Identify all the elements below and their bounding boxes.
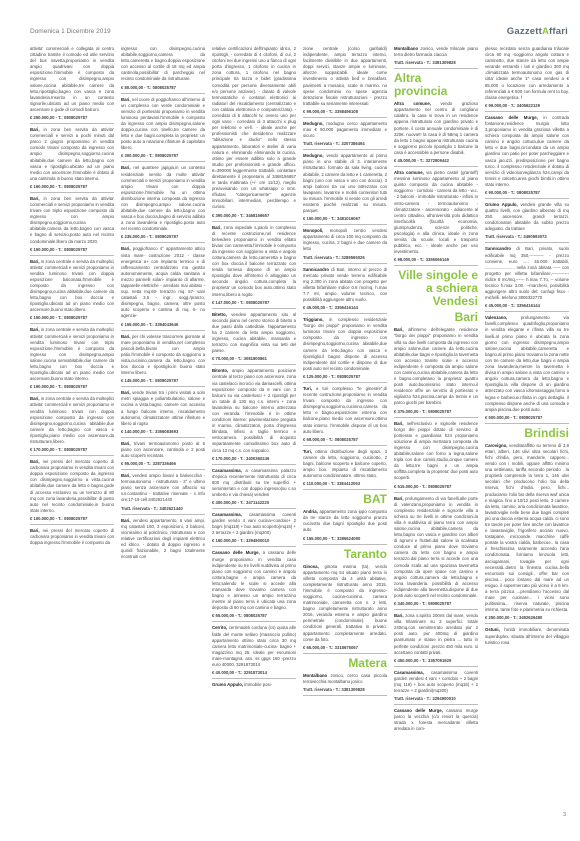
ad-price-phone: € 160.000,00 - T.: 3294900010: [212, 538, 296, 547]
classified-ad: Turi, ottima distribuzione degli spazi. …: [303, 449, 387, 481]
ad-text: in zona centrale e servita da molteplici…: [30, 259, 114, 313]
ad-price-phone: Tratt. riservata - T.: 3289565026: [303, 255, 387, 264]
ad-location: Bari,: [30, 259, 40, 264]
classified-ad: Bitonto, ampio appartamento posizione ce…: [212, 368, 296, 455]
ad-price-phone: € 98.000,00 - T.: 3355066149: [394, 257, 478, 266]
ad-price-phone: Tratt. riservata - T.: 3490593073: [485, 234, 569, 243]
classified-ad: Cerrito, cerrimadeti cordona (cs) quota …: [212, 625, 296, 670]
ad-price-phone: € 45.000,00 - T.: 3356416144: [303, 305, 387, 314]
ad-location: Bari,: [212, 225, 222, 230]
ad-price-phone: € 340.000,00 - T.: 0808025787: [394, 601, 478, 610]
ad-text: all'interno dell'elegante residence "bor…: [394, 327, 478, 405]
classified-ad: Montalbano Jonico, vende trilocale piano…: [394, 46, 478, 60]
ad-text: nei pressi del mercato coperto di carbon…: [30, 528, 114, 545]
classified-ad: Cassano delle Murge, in contrada fontano…: [485, 115, 569, 190]
classified-ad: Bari, nei pressi del mercato coperto di …: [30, 528, 114, 548]
ad-location: Cassano delle Murge,: [394, 708, 443, 713]
classified-ad: Casamassima, a casamassima palazzo d'epo…: [212, 468, 296, 500]
ad-text: in zona ben servita da attivita' commerc…: [30, 127, 114, 181]
ad-price-phone: € 140.000,00 - T.: 3356083693: [121, 429, 205, 438]
ad-price-phone: € 150.000,00 - T.: 3481016067: [303, 216, 387, 225]
page-header: Domenica 1 Dicembre 2019 GazzettAffari: [30, 28, 568, 42]
ad-text: vendesi appartamento sito al secondo pia…: [212, 312, 296, 354]
ad-location: Grumo Appulo,: [212, 682, 243, 687]
section-heading: Taranto: [303, 548, 387, 561]
ad-location: Carovigno,: [485, 443, 507, 448]
ad-price-phone: € 170.000,00 - T.: 0808025787: [30, 447, 114, 456]
ad-text: via pietro castel (granteff) messina lum…: [394, 170, 478, 254]
ad-price-phone: Tratt. riservata - T.: 3207386494: [303, 141, 387, 150]
ad-location: Altra comune,: [394, 170, 424, 175]
classified-ad: Bari, in zona ben servita da attivita' c…: [30, 196, 114, 247]
ad-price-phone: Tratt. riservata - T.: 3402621440: [121, 506, 205, 515]
classified-ad: Bari, in zona centrale e servita da molt…: [30, 396, 114, 447]
ad-text: vendesi appartamento, 6 vani ampi, mq ca…: [121, 518, 205, 560]
section-heading: BAT: [303, 493, 387, 506]
ad-price-phone: Tratt. riservata - T.: 3294900010: [394, 696, 478, 705]
ad-price-phone: € 150.000,00 - T.: 0808025787: [30, 247, 114, 256]
classified-ad: Modugno, modugno cerco appartamento max …: [303, 121, 387, 141]
ad-text: a turi complesso "le ginestre",di recent…: [303, 386, 387, 434]
ad-location: Grumo Appulo,: [485, 202, 518, 207]
ad-location: Cassano delle Murge,: [485, 115, 538, 120]
ad-price-phone: € 235.000,00 - T.: 0808025787: [121, 234, 205, 243]
ad-location: Valenzano,: [485, 315, 507, 320]
ad-text: prolungamento di via fanelli,alle porte …: [394, 496, 478, 599]
ad-price-phone: € 190.000,00 - T.: 0808025787: [30, 384, 114, 393]
issue-date: Domenica 1 Dicembre 2019: [30, 28, 111, 35]
ad-text: in contrada fontanone,residence murgia l…: [485, 115, 569, 187]
ad-text: vende trivani tra i primi visitati a sol…: [121, 390, 205, 425]
column-6: plesso recintato senza guardiania triloc…: [485, 46, 569, 826]
ad-location: Triggiano,: [303, 317, 324, 322]
classified-ad: Andria, appartamento zona ippo composto …: [303, 509, 387, 535]
ad-text: vendesi ampio bivani a barivecchia - ter…: [121, 473, 205, 502]
ad-price-phone: € 99.000,00 - T.: 3358496108: [303, 109, 387, 118]
classified-ad: Valenzano, prolungamento via fanelli,com…: [485, 315, 569, 415]
classified-ad: Bari, nell'esclusivo e signorile residen…: [394, 421, 478, 484]
ad-location: Montalbano: [394, 46, 418, 51]
ad-location: Bari,: [30, 327, 40, 332]
ad-price-phone: € 150.000,00 - T.: 0808025787: [30, 315, 114, 324]
classified-ad: Ostuni, l'unità immobiliare, denominata …: [485, 627, 569, 647]
ad-price-phone: € 390.000,00 - T.: 3468156657: [212, 213, 296, 222]
ad-text: in complesso residenziale "borgo dei pio…: [303, 317, 387, 371]
ad-price-phone: € 45.000,00 - T.: 3272809442: [394, 158, 478, 167]
ad-text: di Bari, intorno al prezzo di mercato pr…: [303, 267, 387, 302]
ad-location: Bari,: [121, 473, 131, 478]
ad-text: relative certificazioni dell'impianto id…: [212, 46, 296, 209]
classified-ad: Bari, trivani termoautonomo posto al 6 p…: [121, 441, 205, 461]
classified-ad: zione centrale (corso garibaldi) indipen…: [303, 46, 387, 109]
ad-location: Bari,: [394, 421, 404, 426]
ad-price-phone: Tratt. riservata - T.: 3381309828: [394, 60, 478, 69]
column-4: zione centrale (corso garibaldi) indipen…: [303, 46, 387, 826]
section-heading: Bari: [394, 311, 478, 324]
ad-price-phone: € 155.000,00 - T.: 3286624090: [303, 536, 387, 545]
classified-ad: Altra comune, via pietro castel (grantef…: [394, 170, 478, 257]
ad-price-phone: € 250.000,00 - T.: 0808025787: [30, 115, 114, 124]
ad-text: per chi volesse trascorrere giornate al …: [121, 334, 205, 376]
ad-location: Cassano delle Murge,: [212, 550, 260, 555]
classified-ad: ingresso con disimpegno,cucina abitabile…: [121, 46, 205, 85]
ad-price-phone: € 450.000,00 - T.: 3357091929: [394, 658, 478, 667]
ad-text: plesso recintato senza guardiania triloc…: [485, 46, 569, 100]
ad-location: Bari,: [394, 613, 404, 618]
classified-ad: Triggiano, in complesso residenziale "bo…: [303, 317, 387, 374]
classified-ad: Casamassima, casamassima coventi garden …: [212, 512, 296, 538]
ad-location: Bari,: [121, 165, 131, 170]
classified-ad: Sannicandro di Bari, privato, suolo edif…: [485, 246, 569, 303]
ad-location: Casamassima,: [212, 468, 242, 473]
ad-price-phone: € 65.000,00 - T.: 3318675067: [303, 645, 387, 654]
ad-price-phone: € 95.000,00 - T.: 3287336466: [121, 461, 205, 470]
classified-ad: Bari, nel quartiere japigia,in un contes…: [121, 165, 205, 234]
ad-text: ingresso con disimpegno,cucina abitabile…: [121, 46, 205, 81]
ad-location: Sannicandro: [303, 267, 329, 272]
ad-text: poggiofranco 4° appartamento attico vist…: [121, 246, 205, 318]
classified-ad: Grumo Appulo, vendesi grande villa su qu…: [485, 202, 569, 234]
classified-ad: Ginosa, ginosa marina (ta), vendo appart…: [303, 564, 387, 645]
classified-ad: Bari, nei pressi del mercato coperto di …: [30, 459, 114, 516]
ad-location: Bari,: [394, 496, 404, 501]
ad-price-phone: € 250.000,00 - T.: 3492626480: [485, 615, 569, 624]
classified-ad: Bari, zona ospedale s.paolo in complesso…: [212, 225, 296, 300]
ad-price-phone: € 125.000,00 - T.: 0808025787: [303, 374, 387, 383]
ad-text: a cassano delle murge proponiamo in vend…: [212, 550, 296, 610]
ad-location: Montalbano: [303, 673, 327, 678]
ad-price-phone: € 100.000,00 - T.: 0808025787: [30, 516, 114, 525]
classified-ad: Bitetto, vendesi appartamento sito al se…: [212, 312, 296, 357]
ad-text: zione centrale (corso garibaldi) indipen…: [303, 46, 387, 106]
ad-price-phone: € 160.000,00 - T.: 0808025787: [30, 184, 114, 193]
classified-ad: relative certificazioni dell'impianto id…: [212, 46, 296, 213]
classified-ad: Bari, in zona ben servita da attivita' c…: [30, 127, 114, 184]
ad-location: Ostuni,: [485, 627, 500, 632]
classified-ad: attivita' commerciali e collegata al cen…: [30, 46, 114, 115]
classified-ad: Altra comune, vendo grazioso appartament…: [394, 101, 478, 158]
ad-location: Bari,: [121, 334, 131, 339]
ad-location: Casamassima,: [212, 512, 242, 517]
ad-price-phone: € 400.000,00 - T.: 3471142220: [212, 500, 296, 509]
ad-location: Bari,: [30, 459, 40, 464]
ad-price-phone: € 300.000,00 - T.: 0808025787: [121, 153, 205, 162]
ad-price-phone: € 45.000,00 - T.: 3356416144: [485, 303, 569, 312]
classified-ad: Bari, per chi volesse trascorrere giorna…: [121, 334, 205, 379]
publication-logo: GazzettAffari: [507, 26, 568, 37]
classified-ad: Bari, vende trivani tra i primi visitati…: [121, 390, 205, 429]
ad-location: Bari,: [30, 196, 40, 201]
classified-ad: Bari, zona s.spirito 200mt dal mare, ven…: [394, 613, 478, 658]
ad-text: zona s.spirito 200mt dal mare, vendo vil…: [394, 613, 478, 655]
classified-ad: Bari, vendesi ampio bivani a barivecchia…: [121, 473, 205, 505]
ad-price-phone: € 65.000,00 - T.: 0808025787: [212, 613, 296, 622]
ad-text: nell'esclusivo e signorile residence bor…: [394, 421, 478, 481]
classified-ad: Bari, nel cuore di poggiofranco all'inte…: [121, 97, 205, 154]
ad-location: Andria,: [303, 509, 318, 514]
ad-price-phone: € 90.000,00 - T.: 0808025787: [485, 190, 569, 199]
ad-location: Bari,: [121, 97, 131, 102]
column-1: attivita' commerciali e collegata al cen…: [30, 46, 114, 826]
ad-text: ginosa marina (ta), vendo appartamento m…: [303, 564, 387, 642]
ad-price-phone: € 40.000,00 - T.: 3291873014: [212, 670, 296, 679]
ad-text: vendo appartamento al primo piano in uno…: [303, 153, 387, 213]
ad-location: Turi,: [303, 449, 312, 454]
ad-location: Sannicandro: [485, 246, 511, 251]
classified-ad: Montalbano Jonico, cerco casa piccola te…: [303, 673, 387, 687]
ad-location: Bari,: [30, 528, 40, 533]
classified-ad: Bari, in zona centrale e servita da molt…: [30, 327, 114, 384]
ad-text: in zona centrale e servita da molteplici…: [30, 327, 114, 381]
ad-location: Bitetto,: [212, 312, 227, 317]
section-heading: Brindisi: [485, 427, 569, 440]
column-2: ingresso con disimpegno,cucina abitabile…: [121, 46, 205, 826]
ad-text: immobile posi-: [243, 682, 272, 687]
ad-text: ottima distribuzione degli spazi. 3 came…: [303, 449, 387, 478]
classified-ad: Bari, vendesi appartamento, 6 vani ampi,…: [121, 518, 205, 563]
ad-location: Modugno,: [303, 153, 324, 158]
ad-price-phone: € 69.000,00 - T.: 0808025787: [303, 437, 387, 446]
ad-location: Bari,: [121, 441, 131, 446]
ad-text: cerrimadeti cordona (cs) quota alle fald…: [212, 625, 296, 667]
ad-price-phone: € 99.000,00 - T.: 3405622129: [485, 103, 569, 112]
classified-ad: Carovigno, vendita/affitto su terreno di…: [485, 443, 569, 616]
ad-location: Bari,: [121, 518, 131, 523]
ad-text: trivani termoautonomo posto al 6 piano c…: [121, 441, 205, 458]
classified-columns: attivita' commerciali e collegata al cen…: [30, 46, 568, 826]
ad-location: Cerrito,: [212, 625, 227, 630]
classified-ad: Cassano delle Murge, cassano murge parco…: [394, 708, 478, 734]
ad-location: Modugno,: [303, 121, 324, 126]
classified-ad: plesso recintato senza guardiania triloc…: [485, 46, 569, 103]
ad-price-phone: € 147.000,00 - T.: 0808025787: [212, 300, 296, 309]
section-heading: Matera: [303, 657, 387, 670]
ad-text: nel cuore di poggiofranco all'interno di…: [121, 97, 205, 151]
classified-ad: Bari, prolungamento di via fanelli,alle …: [394, 496, 478, 602]
ad-location: Bari,: [121, 390, 131, 395]
column-5: Montalbano Jonico, vende trilocale piano…: [394, 46, 478, 826]
ad-location: Casamassima,: [394, 670, 424, 675]
classified-ad: Bari, all'interno dell'elegante residenc…: [394, 327, 478, 408]
ad-text: attivita' commerciali e collegata al cen…: [30, 46, 114, 112]
ad-text: di Bari, privato, suolo edificabile mq 3…: [485, 246, 569, 300]
section-heading: Ville singole e a schiera Vendesi: [394, 269, 478, 308]
ad-price-phone: € 500.000,00 - T.: 0808025787: [485, 415, 569, 424]
classified-ad: Cassano delle Murge, a cassano delle mur…: [212, 550, 296, 613]
ad-text: in zona centrale e servita da molteplici…: [30, 396, 114, 444]
ad-text: nei pressi del mercato coperto di carbon…: [30, 459, 114, 513]
ad-price-phone: € 110.000,00 - T.: 3384412093: [303, 481, 387, 490]
ad-price-phone: € 515.000,00 - T.: 0808025787: [394, 484, 478, 493]
ad-price-phone: € 145.000,00 - T.: 0808025787: [121, 378, 205, 387]
ad-location: Bari,: [394, 327, 404, 332]
ad-location: Ginosa,: [303, 564, 319, 569]
ad-location: Turi,: [303, 386, 312, 391]
ad-text: vendita/affitto su terreno di 3,8 ettari…: [485, 443, 569, 613]
ad-location: Monopoli,: [303, 228, 323, 233]
ad-text: zona ospedale s.paolo in complesso di re…: [212, 225, 296, 297]
classified-ad: Grumo Appulo, immobile posi-: [212, 682, 296, 690]
classified-ad: Turi, a turi complesso "le ginestre",di …: [303, 386, 387, 437]
ad-price-phone: € 155.000,00 - T.: 3394043646: [121, 322, 205, 331]
ad-location: Altra comune,: [394, 101, 431, 106]
ad-text: ampio appartamento posizione centrale al…: [212, 368, 296, 452]
ad-location: Bari,: [121, 246, 131, 251]
ad-price-phone: Tratt. riservata - T.: 3381309828: [303, 687, 387, 696]
classified-ad: Bari, poggiofranco 4° appartamento attic…: [121, 246, 205, 321]
ad-price-phone: € 80.000,00 - T.: 0808025787: [121, 85, 205, 94]
classified-ad: Sannicandro di Bari, intorno al prezzo d…: [303, 267, 387, 306]
ad-location: Bari,: [30, 127, 40, 132]
ad-text: vendo grazioso appartamento nel centro d…: [394, 101, 478, 155]
ad-location: Bitonto,: [212, 368, 228, 373]
classified-ad: Bari, in zona centrale e servita da molt…: [30, 259, 114, 316]
page-number: 3: [563, 812, 566, 818]
ad-price-phone: € 170.000,00 - T.: 3400360246: [212, 456, 296, 465]
ad-price-phone: € 375.000,00 - T.: 0808025787: [394, 409, 478, 418]
ad-price-phone: € 70.000,00 - T.: 3081800861: [212, 356, 296, 365]
classified-ad: Modugno, vendo appartamento al primo pia…: [303, 153, 387, 216]
section-heading: Altra provincia: [394, 72, 478, 98]
ad-text: nel quartiere japigia,in un contesto res…: [121, 165, 205, 231]
ad-location: Bari,: [30, 396, 40, 401]
classified-ad: Monopoli, monopoli centro vendesi appart…: [303, 228, 387, 254]
ad-text: prolungamento via fanelli,complesso quad…: [485, 315, 569, 411]
classified-ad: Casamassima, casamassima coventi garden …: [394, 670, 478, 696]
column-3: relative certificazioni dell'impianto id…: [212, 46, 296, 826]
ad-text: in zona ben servita da attivita' commerc…: [30, 196, 114, 244]
